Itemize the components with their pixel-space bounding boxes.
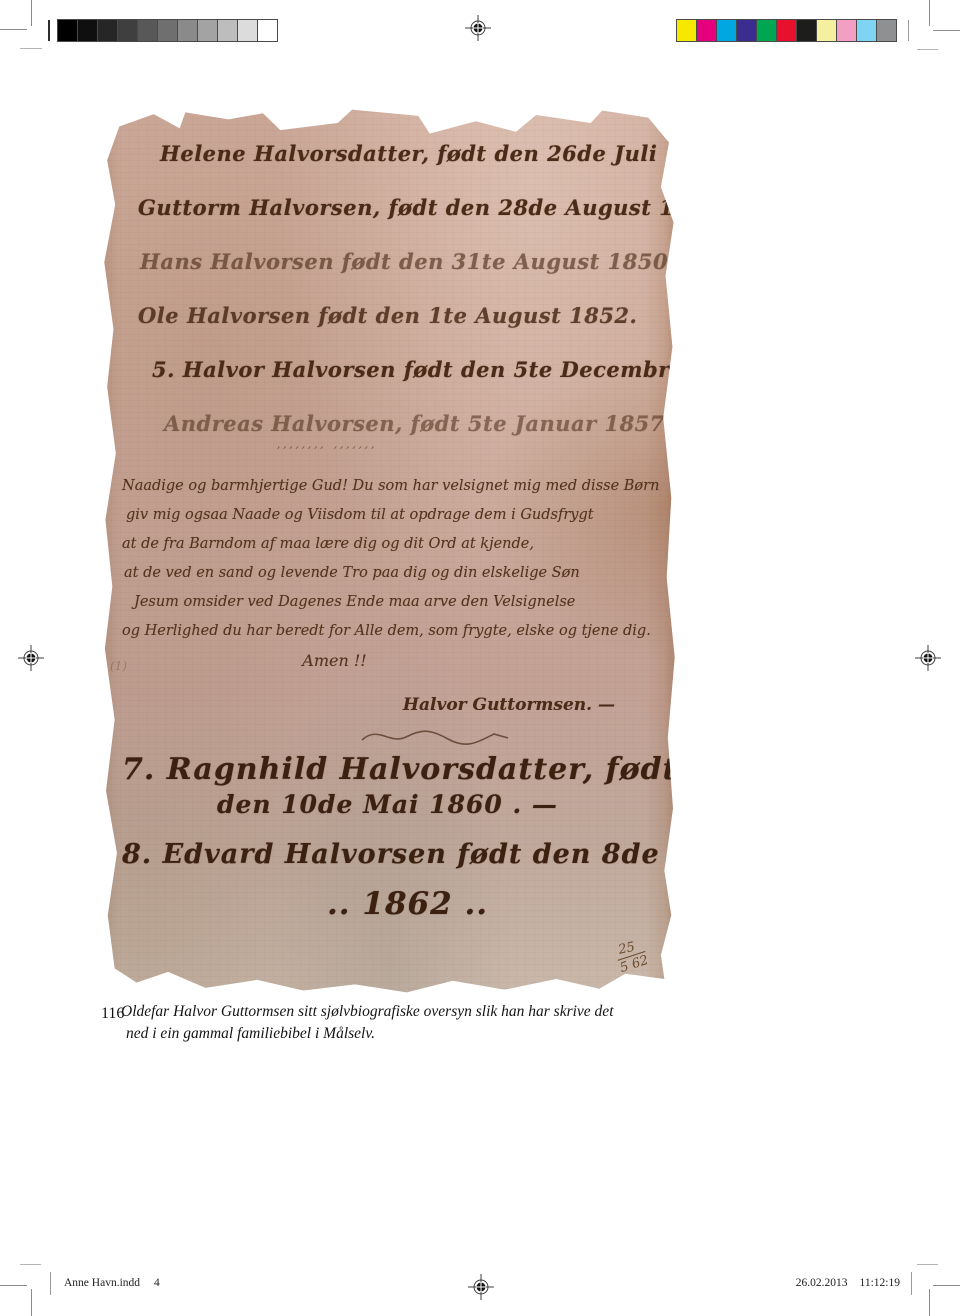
calibration-swatch (258, 20, 277, 41)
manuscript-line: giv mig ogsaa Naade og Viisdom til at op… (126, 501, 667, 530)
faded-margin-mark: (1) (110, 659, 127, 673)
calibration-swatch (118, 20, 138, 41)
registration-mark-icon (465, 15, 491, 41)
filename: Anne Havn.indd (64, 1277, 140, 1289)
calibration-swatch (857, 20, 877, 41)
color-bar-end-tick (908, 20, 909, 41)
calibration-swatch (198, 20, 218, 41)
calibration-swatch (158, 20, 178, 41)
manuscript-line: Helene Halvorsdatter, født den 26de Juli… (160, 127, 663, 181)
slug-separator-left (50, 1272, 51, 1295)
registration-mark-icon (915, 645, 941, 671)
calibration-swatch (837, 20, 857, 41)
crop-mark-top-right-vertical (929, 0, 930, 26)
date-margin-note: 25 5 62 (611, 938, 646, 975)
late-birth-entries: 7. Ragnhild Halvorsdatter, født den 10de… (122, 752, 667, 922)
signature: Halvor Guttormsen. — (403, 695, 615, 715)
manuscript-line: at de ved en sand og levende Tro paa dig… (124, 559, 667, 588)
prayer-paragraph: Naadige og barmhjertige Gud! Du som har … (122, 472, 667, 675)
grayscale-bar-start-tick (48, 20, 50, 41)
calibration-swatch (697, 20, 717, 41)
manuscript-line: den 10de Mai 1860 . — (217, 788, 667, 822)
slug-page-number: 4 (154, 1277, 160, 1289)
manuscript-line: Guttorm Halvorsen, født den 28de August … (138, 181, 663, 235)
calibration-swatch (78, 20, 98, 41)
print-proof-sheet: Helene Halvorsdatter, født den 26de Juli… (0, 0, 960, 1316)
calibration-swatch (178, 20, 198, 41)
manuscript-line: Hans Halvorsen født den 31te August 1850… (140, 235, 663, 289)
manuscript-line: at de fra Barndom af maa lære dig og dit… (122, 530, 667, 559)
calibration-swatch (877, 20, 896, 41)
crop-mark-top-right-bleed (917, 49, 938, 50)
manuscript-scan: Helene Halvorsdatter, født den 26de Juli… (102, 107, 677, 995)
registration-mark-icon (18, 645, 44, 671)
manuscript-line: Andreas Halvorsen, født 5te Januar 1857 (164, 397, 663, 451)
crop-mark-bottom-right-vertical (929, 1289, 930, 1316)
calibration-swatch (757, 20, 777, 41)
calibration-swatch (218, 20, 238, 41)
pen-stroke-divider: ′′′′′′′′ ′′′′′′′ (277, 445, 377, 461)
birth-entries: Helene Halvorsdatter, født den 26de Juli… (130, 127, 663, 451)
manuscript-line: 5. Halvor Halvorsen født den 5te Decembr… (152, 343, 663, 397)
pen-flourish-icon (360, 729, 510, 752)
slug-time: 11:12:19 (860, 1277, 900, 1289)
calibration-swatch (797, 20, 817, 41)
calibration-swatch (138, 20, 158, 41)
calibration-swatch (817, 20, 837, 41)
manuscript-line: og Herlighed du har beredt for Alle dem,… (122, 617, 667, 646)
crop-mark-bottom-left-bleed (20, 1264, 41, 1265)
manuscript-line: Naadige og barmhjertige Gud! Du som har … (122, 472, 667, 501)
caption-text: Oldefar Halvor Guttormsen sitt sjølvbiog… (121, 1001, 666, 1044)
calibration-swatch (717, 20, 737, 41)
grayscale-calibration-bar (57, 19, 278, 42)
crop-mark-bottom-right-bleed (917, 1264, 938, 1265)
calibration-swatch (737, 20, 757, 41)
crop-mark-bottom-left-horizontal (0, 1285, 27, 1286)
calibration-swatch (777, 20, 797, 41)
crop-mark-top-left-vertical (31, 0, 32, 26)
registration-mark-icon (468, 1274, 494, 1300)
manuscript-line: .. 1862 .. (327, 886, 667, 922)
slug-separator-right (911, 1272, 912, 1295)
manuscript-line: Jesum omsider ved Dagenes Ende maa arve … (134, 588, 667, 617)
caption-line: Oldefar Halvor Guttormsen sitt sjølvbiog… (121, 1001, 666, 1023)
manuscript-line: Ole Halvorsen født den 1te August 1852. (138, 289, 663, 343)
color-calibration-bar (676, 19, 897, 42)
crop-mark-top-right-horizontal (933, 30, 960, 31)
slug-date: 26.02.2013 (796, 1277, 848, 1289)
manuscript-line: 7. Ragnhild Halvorsdatter, født (122, 752, 667, 788)
manuscript-line: 8. Edvard Halvorsen født den 8de Mai (122, 838, 667, 872)
slug-timestamp: 26.02.201311:12:19 (796, 1277, 900, 1289)
crop-mark-top-left-bleed (20, 48, 42, 49)
caption-line: ned i ein gammal familiebibel i Målselv. (126, 1023, 666, 1045)
calibration-swatch (98, 20, 118, 41)
calibration-swatch (238, 20, 258, 41)
slug-filename: Anne Havn.indd4 (64, 1277, 160, 1289)
calibration-swatch (677, 20, 697, 41)
calibration-swatch (58, 20, 78, 41)
crop-mark-bottom-right-horizontal (933, 1285, 960, 1286)
crop-mark-bottom-left-vertical (31, 1289, 32, 1316)
crop-mark-top-left-horizontal (0, 29, 27, 30)
manuscript-line: Amen !! (122, 646, 547, 675)
